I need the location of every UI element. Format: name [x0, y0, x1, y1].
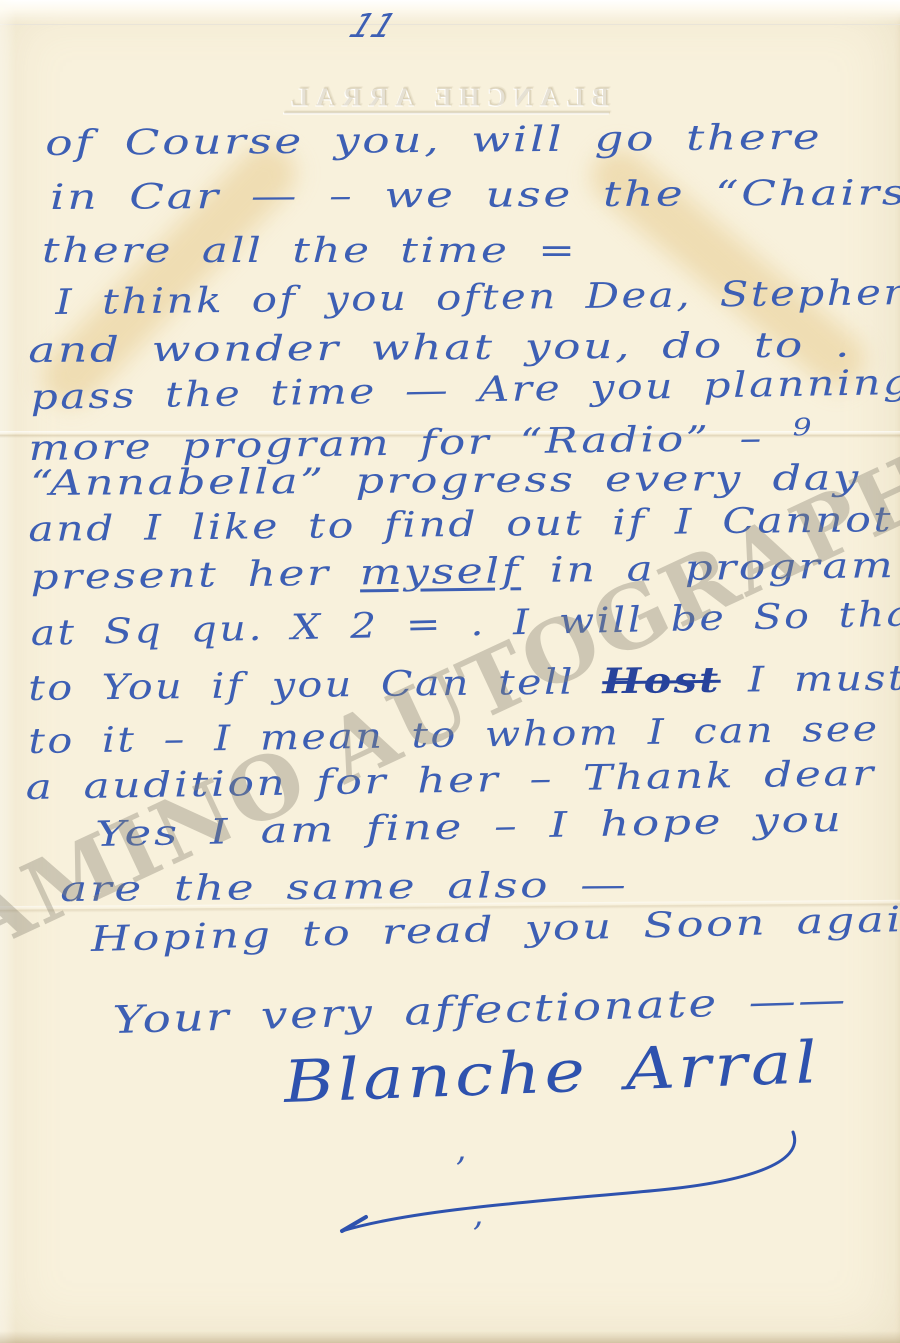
embossed-letterhead: BLANCHE ARRAL [284, 82, 610, 113]
paper-left-edge [0, 0, 16, 1343]
letter-line: and wonder what you, do to . [28, 325, 852, 371]
letter-line: “Annabella” progress every day [30, 458, 861, 504]
signature-flourish [300, 1108, 820, 1248]
letter-line-text: I must go- [720, 657, 900, 700]
letter-line-text: to You if you Can tell [28, 662, 603, 709]
letter-line: a audition for her – Thank dear — [25, 753, 900, 808]
ink-tick-mark: ’ [472, 1215, 483, 1255]
letter-line-text: present her [30, 553, 360, 598]
letter-line-text: in a program [520, 546, 896, 591]
letter-line: Yes I am fine – I hope you [95, 800, 844, 855]
letter-line: pass the time — Are you planning [30, 363, 900, 418]
letter-line: to You if you Can tell Host I must go- [28, 656, 900, 709]
crossed-out-word: Host [602, 660, 721, 702]
letter-line: are the same also — [60, 865, 629, 910]
letter-page: 11 BLANCHE ARRAL of Course you, will go … [0, 0, 900, 1343]
superscript-nine: 9 [792, 413, 814, 441]
letter-line: present her myself in a program [30, 546, 896, 598]
letter-line: at Sq qu. X 2 = . I will be So thankfull [30, 591, 900, 654]
paper-top-edge [0, 0, 900, 25]
letter-line: in Car — – we use the “Chairs” [50, 173, 900, 218]
letter-line: and I like to find out if I Cannot [28, 500, 893, 550]
underlined-word: myself [359, 551, 521, 593]
letter-line: there all the time = [42, 231, 577, 271]
letter-line: of Course you, will go there [45, 118, 823, 164]
paper-bottom-edge [0, 1331, 900, 1343]
letter-line: to it – I mean to whom I can see or ask [28, 707, 900, 762]
ink-tick-mark: ’ [455, 1150, 466, 1190]
signature: Blanche Arral [282, 1028, 822, 1116]
